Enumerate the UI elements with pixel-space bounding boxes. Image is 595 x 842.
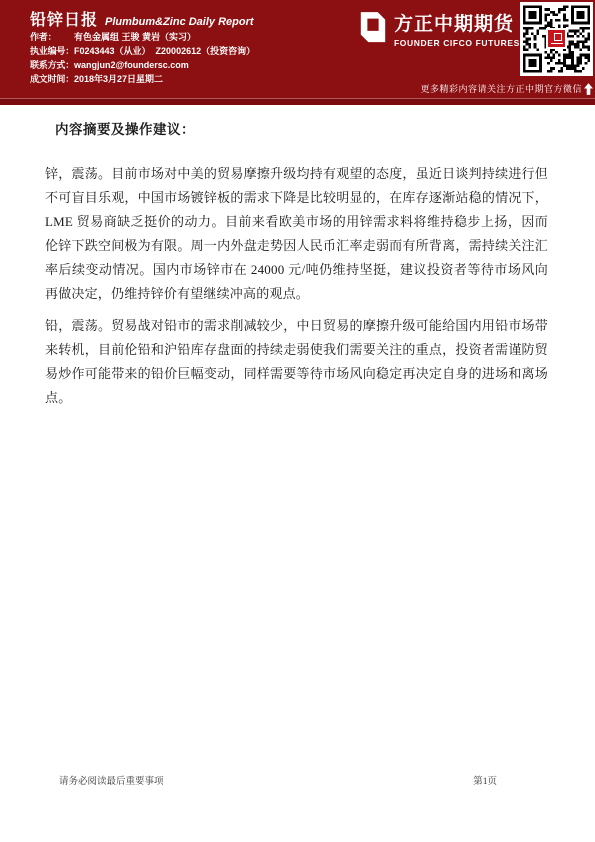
- report-meta: 作者：有色金属组 王骏 黄岩（实习） 执业编号：F0243443（从业） Z20…: [30, 30, 255, 86]
- meta-label: 联系方式：: [30, 58, 74, 72]
- report-body: 内容摘要及操作建议： 锌，震荡。目前市场对中美的贸易摩擦升级均持有观望的态度，虽…: [45, 121, 548, 418]
- company-brand: 方正中期期货 FOUNDER CIFCO FUTURES: [358, 9, 520, 48]
- footer-notice: 请务必阅读最后重要事项: [59, 773, 164, 787]
- report-header: 铅锌日报 Plumbum&Zinc Daily Report 作者：有色金属组 …: [0, 0, 595, 105]
- report-title-row: 铅锌日报 Plumbum&Zinc Daily Report: [30, 7, 254, 30]
- report-subtitle: Plumbum&Zinc Daily Report: [105, 16, 254, 28]
- wechat-note-text: 更多精彩内容请关注方正中期官方微信: [420, 82, 582, 95]
- wechat-qr-code: [520, 2, 593, 76]
- company-name-cn: 方正中期期货: [394, 9, 520, 36]
- company-name-block: 方正中期期货 FOUNDER CIFCO FUTURES: [394, 9, 520, 48]
- up-arrow-icon: [584, 83, 593, 95]
- meta-row-license: 执业编号：F0243443（从业） Z20002612（投资咨询）: [30, 44, 255, 58]
- meta-label: 执业编号：: [30, 44, 74, 58]
- meta-value: 有色金属组 王骏 黄岩（实习）: [74, 32, 196, 42]
- qr-center-logo-icon: [546, 28, 567, 49]
- meta-row-author: 作者：有色金属组 王骏 黄岩（实习）: [30, 30, 255, 44]
- summary-heading: 内容摘要及操作建议：: [55, 121, 548, 139]
- meta-value: 2018年3月27日星期二: [74, 74, 163, 84]
- meta-row-date: 成文时间：2018年3月27日星期二: [30, 72, 255, 86]
- company-name-en: FOUNDER CIFCO FUTURES: [394, 38, 520, 48]
- header-bottom-band: [0, 98, 595, 105]
- wechat-note: 更多精彩内容请关注方正中期官方微信: [420, 82, 593, 95]
- meta-label: 作者：: [30, 30, 74, 44]
- meta-label: 成文时间：: [30, 72, 74, 86]
- paragraph-lead: 铅，震荡。贸易战对铅市的需求削减较少，中日贸易的摩擦升级可能给国内用铅市场带来转…: [45, 314, 548, 410]
- paragraph-zinc: 锌，震荡。目前市场对中美的贸易摩擦升级均持有观望的态度，虽近日谈判持续进行但不可…: [45, 162, 548, 306]
- meta-value: F0243443（从业） Z20002612（投资咨询）: [74, 46, 255, 56]
- founder-logo-icon: [358, 11, 388, 45]
- meta-row-contact: 联系方式：wangjun2@foundersc.com: [30, 58, 255, 72]
- page-footer: 请务必阅读最后重要事项 第1页: [59, 773, 497, 787]
- page-number: 第1页: [473, 773, 497, 787]
- report-title: 铅锌日报: [30, 7, 98, 30]
- meta-value: wangjun2@foundersc.com: [74, 60, 189, 70]
